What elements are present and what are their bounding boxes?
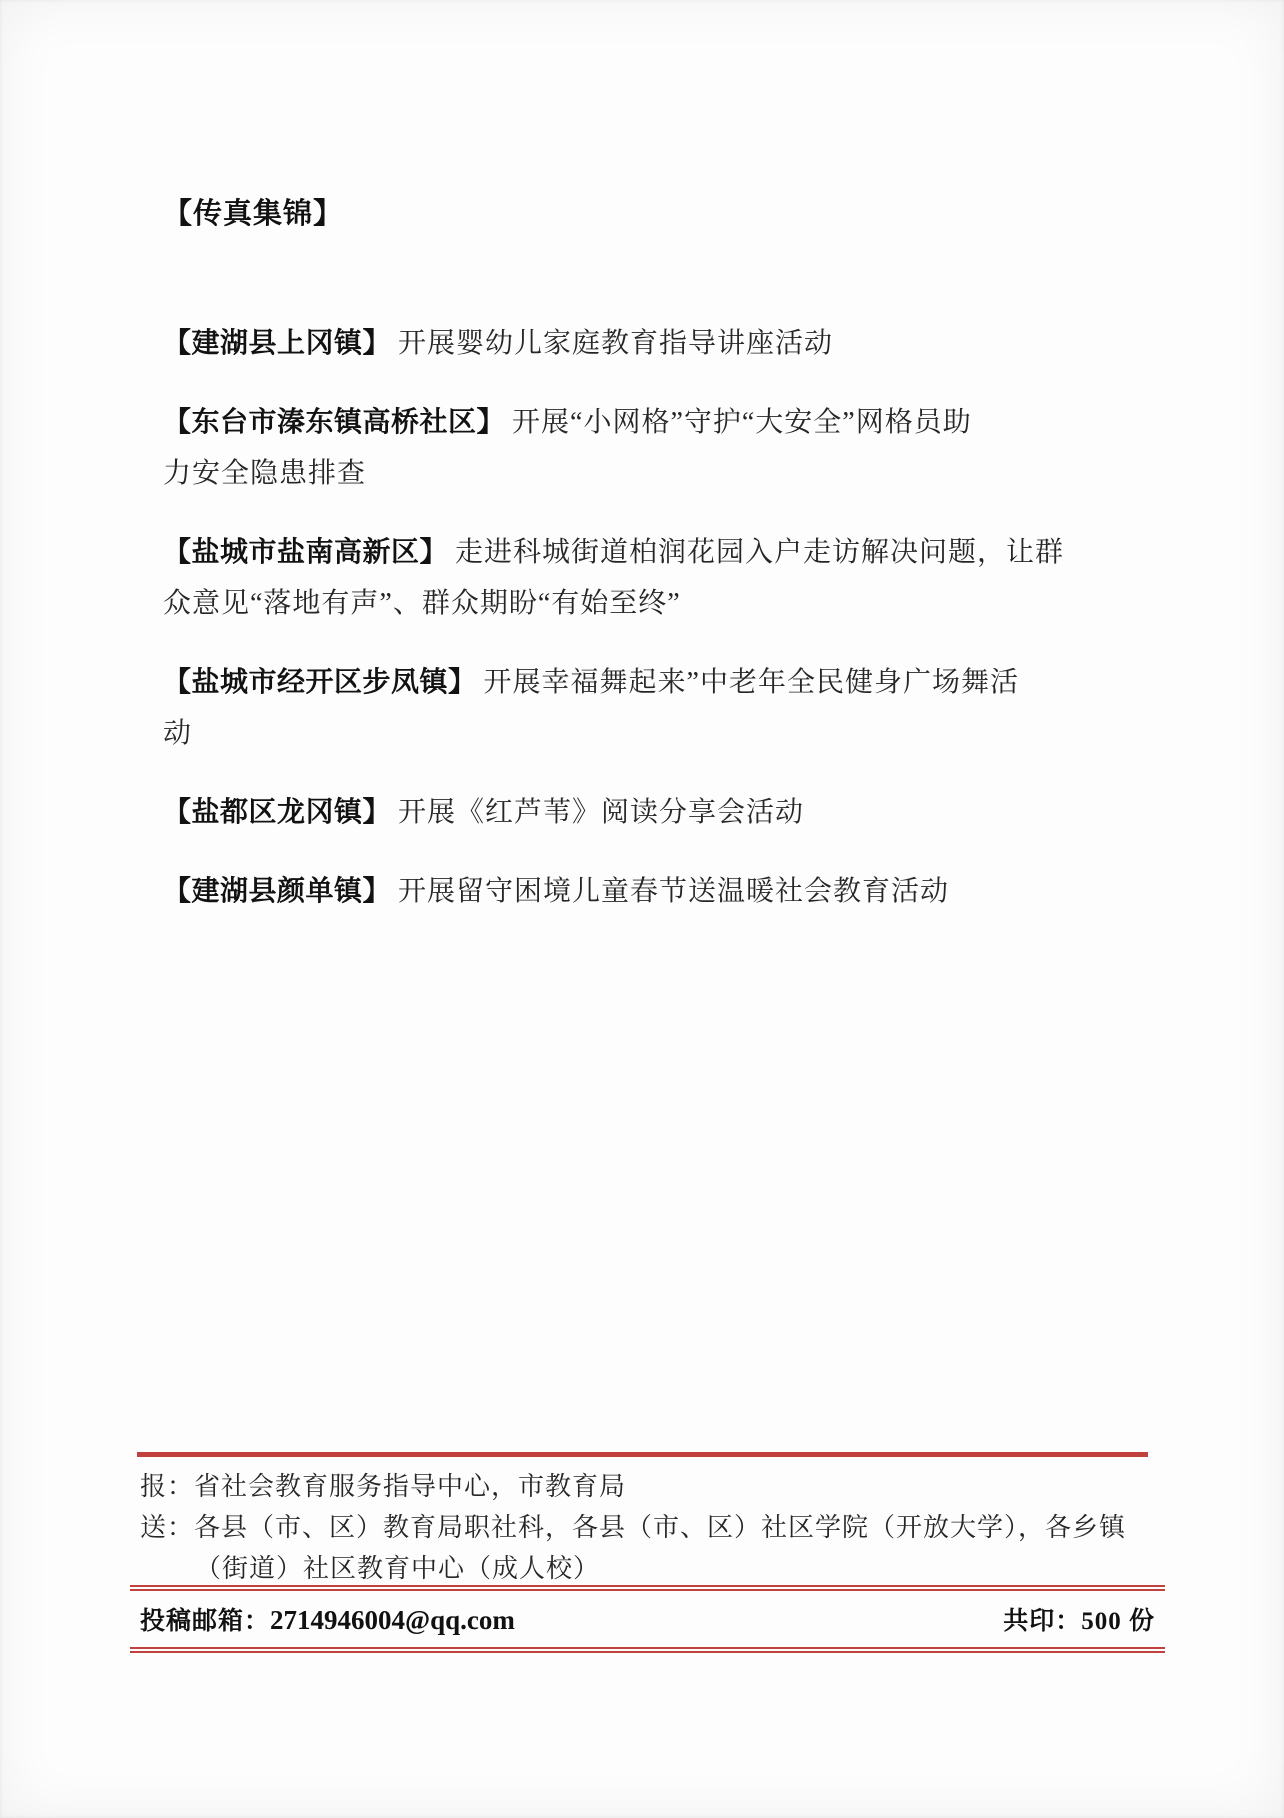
list-item: 【盐城市盐南高新区】走进科城街道柏润花园入户走访解决问题，让群 众意见“落地有声…: [163, 526, 1143, 629]
item-text-line2: 动: [163, 708, 1143, 759]
email-label: 投稿邮箱：: [140, 1601, 270, 1637]
submission-email: 投稿邮箱：2714946004@qq.com: [140, 1601, 515, 1637]
item-text-line1: 开展《红芦苇》阅读分享会活动: [398, 797, 804, 828]
item-text-line2: 力安全隐患排查: [163, 448, 1143, 499]
item-text-line1: 开展幸福舞起来”中老年全民健身广场舞活: [484, 667, 1019, 698]
send-value-line1: 各县（市、区）教育局职社科，各县（市、区）社区学院（开放大学），各乡镇: [194, 1513, 1126, 1542]
item-location: 【建湖县颜单镇】: [163, 875, 391, 906]
list-item: 【建湖县上冈镇】开展婴幼儿家庭教育指导讲座活动: [163, 317, 1143, 369]
footer-meta-row: 投稿邮箱：2714946004@qq.com 共印：500 份: [140, 1591, 1155, 1647]
item-first-line: 【建湖县颜单镇】开展留守困境儿童春节送温暖社会教育活动: [163, 865, 1143, 917]
list-item: 【盐都区龙冈镇】开展《红芦苇》阅读分享会活动: [163, 786, 1143, 838]
item-text-line1: 开展“小网格”守护“大安全”网格员助: [512, 407, 972, 438]
item-first-line: 【东台市溱东镇高桥社区】开展“小网格”守护“大安全”网格员助: [163, 396, 1143, 448]
item-text-line1: 走进科城街道柏润花园入户走访解决问题，让群: [455, 537, 1064, 568]
print-count: 共印：500 份: [1003, 1601, 1155, 1637]
item-location: 【盐城市经开区步凤镇】: [163, 666, 477, 697]
distribution-block: 报：省社会教育服务指导中心，市教育局 送：各县（市、区）教育局职社科，各县（市、…: [140, 1466, 1150, 1589]
list-item: 【东台市溱东镇高桥社区】开展“小网格”守护“大安全”网格员助 力安全隐患排查: [163, 396, 1143, 499]
report-line: 报：省社会教育服务指导中心，市教育局: [140, 1466, 1150, 1507]
item-location: 【东台市溱东镇高桥社区】: [163, 406, 505, 437]
item-first-line: 【盐都区龙冈镇】开展《红芦苇》阅读分享会活动: [163, 786, 1143, 838]
red-rule-top: [137, 1452, 1148, 1457]
page-title: 【传真集锦】: [163, 191, 343, 232]
send-line-continued: （街道）社区教育中心（成人校）: [140, 1548, 1150, 1589]
send-label: 送：: [140, 1513, 194, 1542]
send-line: 送：各县（市、区）教育局职社科，各县（市、区）社区学院（开放大学），各乡镇: [140, 1507, 1150, 1548]
print-label: 共印：: [1003, 1601, 1081, 1637]
item-location: 【盐城市盐南高新区】: [163, 536, 448, 567]
item-first-line: 【盐城市盐南高新区】走进科城街道柏润花园入户走访解决问题，让群: [163, 526, 1143, 578]
print-value: 500 份: [1081, 1601, 1155, 1637]
report-value: 省社会教育服务指导中心，市教育局: [194, 1472, 626, 1501]
send-value-line2: （街道）社区教育中心（成人校）: [195, 1554, 600, 1583]
red-rule-bottom: [130, 1647, 1165, 1653]
item-text-line1: 开展留守困境儿童春节送温暖社会教育活动: [398, 876, 949, 907]
item-location: 【盐都区龙冈镇】: [163, 796, 391, 827]
news-list: 【建湖县上冈镇】开展婴幼儿家庭教育指导讲座活动 【东台市溱东镇高桥社区】开展“小…: [163, 317, 1143, 944]
report-label: 报：: [140, 1472, 194, 1501]
list-item: 【建湖县颜单镇】开展留守困境儿童春节送温暖社会教育活动: [163, 865, 1143, 917]
item-location: 【建湖县上冈镇】: [163, 327, 391, 358]
document-page: 【传真集锦】 【建湖县上冈镇】开展婴幼儿家庭教育指导讲座活动 【东台市溱东镇高桥…: [0, 0, 1284, 1818]
email-value: 2714946004@qq.com: [270, 1605, 515, 1636]
item-text-line2: 众意见“落地有声”、群众期盼“有始至终”: [163, 578, 1143, 629]
item-first-line: 【盐城市经开区步凤镇】开展幸福舞起来”中老年全民健身广场舞活: [163, 656, 1143, 708]
item-text-line1: 开展婴幼儿家庭教育指导讲座活动: [398, 328, 833, 359]
item-first-line: 【建湖县上冈镇】开展婴幼儿家庭教育指导讲座活动: [163, 317, 1143, 369]
list-item: 【盐城市经开区步凤镇】开展幸福舞起来”中老年全民健身广场舞活 动: [163, 656, 1143, 759]
